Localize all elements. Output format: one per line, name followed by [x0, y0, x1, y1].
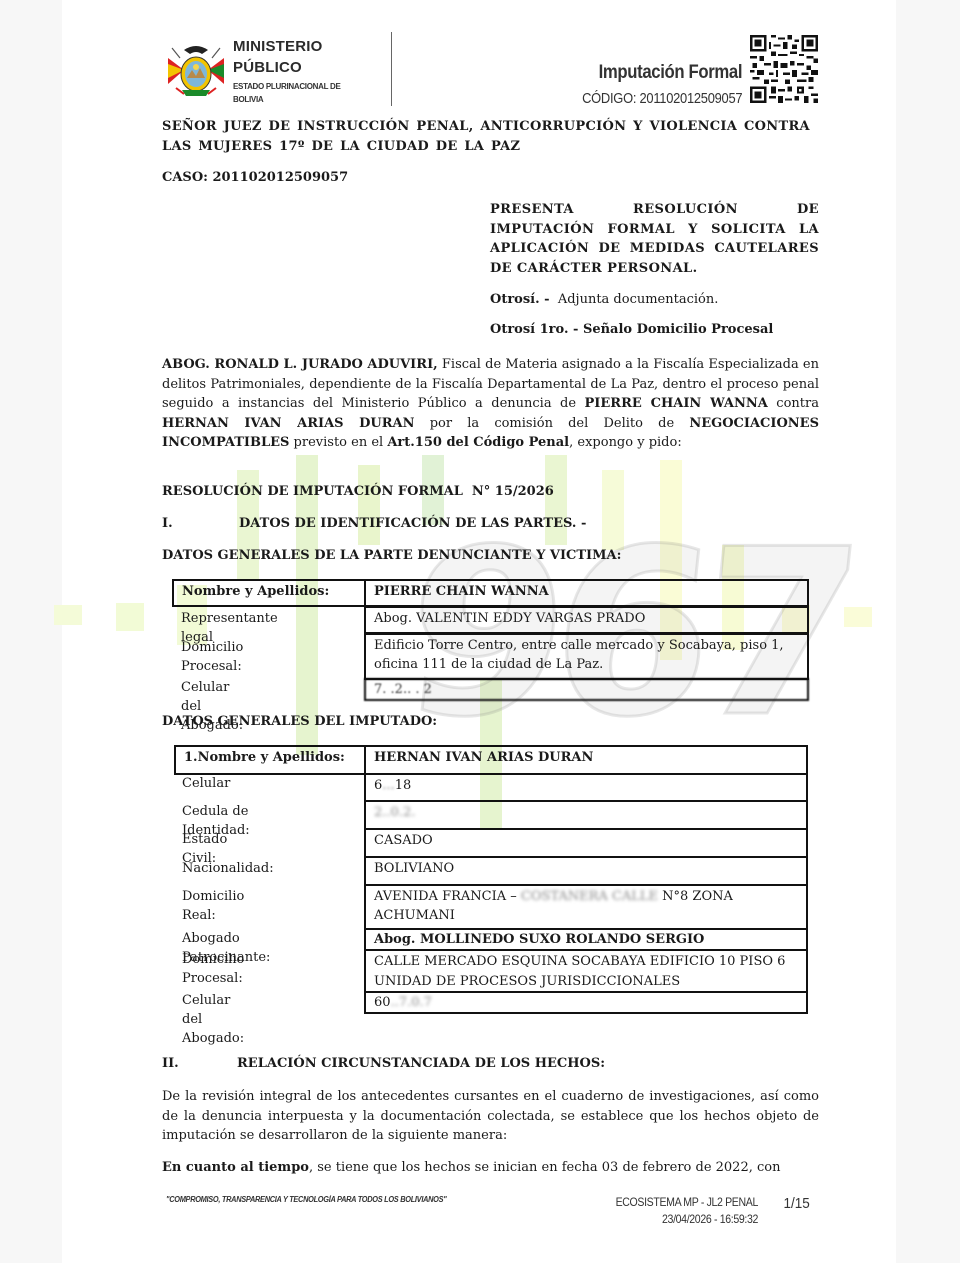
otrosi-label: Otrosí. - — [490, 292, 550, 307]
accused-value-address: AVENIDA FRANCIA – COSTANERA CALLE N°8 ZO… — [364, 884, 808, 930]
document-page: 967 MINISTERIO PÚBLICO — [62, 0, 896, 1263]
intro-paragraph: ABOG. RONALD L. JURADO ADUVIRI, Fiscal d… — [162, 355, 819, 453]
victim-value-domicile: Edificio Torre Centro, entre calle merca… — [364, 633, 809, 680]
intro-text: por la comisión del Delito de — [415, 416, 690, 431]
accused-label-lawyer-phone: Celular del Abogado: — [182, 991, 244, 1048]
id-redacted: 2..0.2. — [374, 805, 415, 820]
time-paragraph: En cuanto al tiempo, se tiene que los he… — [162, 1158, 819, 1178]
page-number: 1/15 — [783, 1195, 809, 1212]
section-title: DATOS DE IDENTIFICACIÓN DE LAS PARTES. - — [239, 516, 586, 531]
summary-word: PRESENTA — [490, 200, 574, 220]
institution-sub-line-2: BOLIVIA — [233, 93, 340, 106]
phone-part: 60 — [374, 995, 391, 1010]
prosecutor-name: ABOG. RONALD L. JURADO ADUVIRI, — [162, 357, 438, 372]
accused-value-name: HERNAN IVAN ARIAS DURAN — [364, 745, 808, 775]
summary-word: DE — [797, 200, 819, 220]
footer-system: ECOSISTEMA MP - JL2 PENAL — [603, 1194, 758, 1211]
institution-line-1: MINISTERIO — [233, 36, 323, 58]
accused-heading: DATOS GENERALES DEL IMPUTADO: — [162, 714, 437, 729]
accused-label-phone: Celular — [182, 774, 230, 793]
summary-rest: IMPUTACIÓN FORMAL Y SOLICITA LA APLICACI… — [490, 220, 819, 279]
section-2-heading: II.RELACIÓN CIRCUNSTANCIADA DE LOS HECHO… — [162, 1056, 605, 1071]
qr-code-icon — [750, 35, 818, 103]
footer-datetime: 23/04/2026 - 16:59:32 — [603, 1211, 758, 1228]
phone-part: 18 — [395, 778, 412, 793]
institution-subtitle: ESTADO PLURINACIONAL DE BOLIVIA — [233, 80, 340, 106]
accused-value-procedural-domicile: CALLE MERCADO ESQUINA SOCABAYA EDIFICIO … — [364, 949, 808, 993]
section-1-heading: I.DATOS DE IDENTIFICACIÓN DE LAS PARTES.… — [162, 516, 586, 531]
institution-line-2: PÚBLICO — [233, 57, 323, 79]
penal-article: Art.150 del Código Penal — [387, 435, 569, 450]
accused-label-procedural-domicile: Domicilio Procesal: — [182, 950, 244, 988]
case-number: CASO: 201102012509057 — [162, 170, 348, 185]
complainant-name: PIERRE CHAIN WANNA — [585, 396, 768, 411]
accused-label-nationality: Nacionalidad: — [182, 859, 274, 878]
phone-redacted: ... — [382, 778, 394, 793]
section-number: I. — [162, 516, 239, 531]
accused-name: HERNAN IVAN ARIAS DURAN — [162, 416, 415, 431]
address-redacted: COSTANERA CALLE — [521, 889, 662, 904]
otrosi-text: Adjunta documentación. — [558, 292, 719, 307]
victim-value-name: PIERRE CHAIN WANNA — [364, 579, 809, 607]
accused-value-lawyer-phone: 60..7.0.7 — [364, 991, 808, 1014]
victim-value-lawyer-phone: 7. .2.. . 2 — [364, 678, 809, 701]
resolution-title: RESOLUCIÓN DE IMPUTACIÓN FORMAL N° 15/20… — [162, 484, 554, 499]
time-label: En cuanto al tiempo — [162, 1160, 309, 1175]
institution-sub-line-1: ESTADO PLURINACIONAL DE — [233, 80, 340, 93]
victim-label-name: Nombre y Apellidos: — [172, 579, 366, 607]
time-text: , se tiene que los hechos se inician en … — [309, 1160, 781, 1175]
institution-name: MINISTERIO PÚBLICO — [233, 36, 323, 79]
section-number: II. — [162, 1056, 237, 1071]
accused-value-lawyer: Abog. MOLLINEDO SUXO ROLANDO SERGIO — [364, 928, 808, 951]
victim-value-representative: Abog. VALENTIN EDDY VARGAS PRADO — [364, 606, 809, 634]
petition-summary: PRESENTA RESOLUCIÓN DE IMPUTACIÓN FORMAL… — [490, 200, 819, 278]
accused-label-address: Domicilio Real: — [182, 887, 244, 925]
intro-text: contra — [768, 396, 819, 411]
bolivia-coat-of-arms-icon — [162, 40, 230, 100]
document-code: CÓDIGO: 201102012509057 — [582, 90, 742, 107]
facts-paragraph: De la revisión integral de los anteceden… — [162, 1087, 819, 1146]
accused-label-name: 1.Nombre y Apellidos: — [174, 745, 366, 775]
addressee: SEÑOR JUEZ DE INSTRUCCIÓN PENAL, ANTICOR… — [162, 117, 819, 156]
intro-text: previsto en el — [289, 435, 387, 450]
victim-heading: DATOS GENERALES DE LA PARTE DENUNCIANTE … — [162, 548, 621, 563]
phone-redacted: ..7.0.7 — [391, 995, 432, 1010]
accused-value-nationality: BOLIVIANO — [364, 856, 808, 886]
accused-value-id: 2..0.2. — [364, 800, 808, 830]
otrosi-attachment: Otrosí. - Adjunta documentación. — [490, 292, 718, 307]
footer-system-info: ECOSISTEMA MP - JL2 PENAL 23/04/2026 - 1… — [582, 1194, 758, 1228]
document-type: Imputación Formal — [598, 62, 742, 84]
section-title: RELACIÓN CIRCUNSTANCIADA DE LOS HECHOS: — [237, 1056, 605, 1071]
intro-text: , expongo y pido: — [569, 435, 682, 450]
otrosi-domicile: Otrosí 1ro. - Señalo Domicilio Procesal — [490, 322, 773, 337]
summary-word: RESOLUCIÓN — [633, 200, 738, 220]
header-divider — [391, 32, 392, 106]
footer-motto: "COMPROMISO, TRANSPARENCIA Y TECNOLOGÍA … — [166, 1195, 446, 1204]
accused-value-civil-status: CASADO — [364, 828, 808, 858]
accused-value-phone: 6...18 — [364, 773, 808, 802]
address-part: AVENIDA FRANCIA – — [374, 889, 521, 904]
victim-label-domicile: Domicilio Procesal: — [181, 638, 243, 676]
